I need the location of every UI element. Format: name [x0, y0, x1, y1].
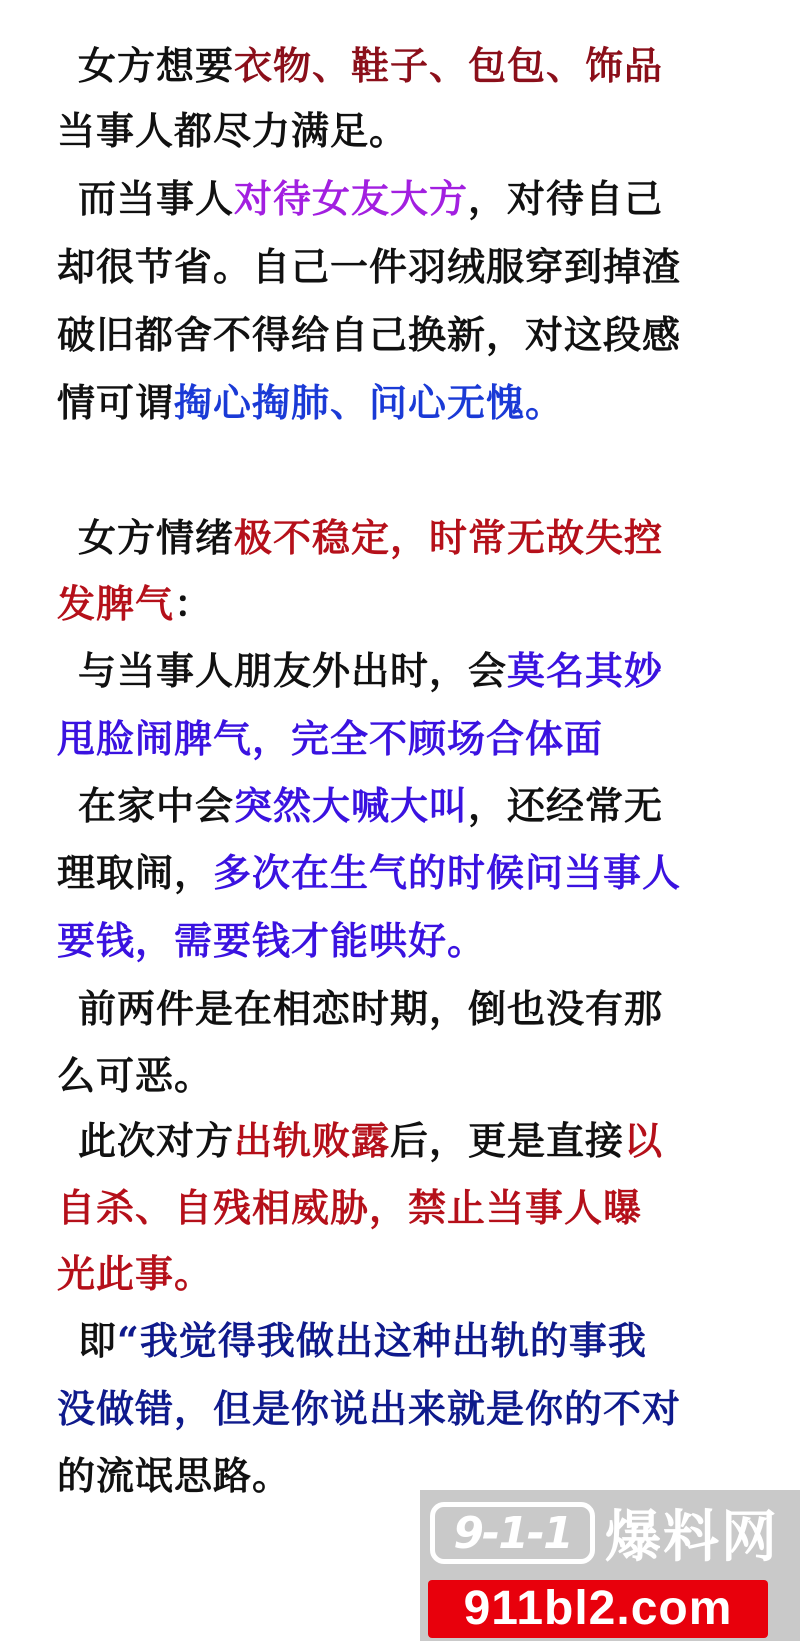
- text-line: 在家中会突然大喊大叫，还经常无: [78, 776, 663, 836]
- text-line: 发脾气：: [57, 574, 213, 634]
- text-segment: 即: [78, 1318, 117, 1363]
- highlighted-text-segment: “我觉得我做出这种出轨的事我: [117, 1318, 647, 1363]
- text-segment: 女方情绪: [78, 515, 234, 560]
- highlighted-text-segment: 对待女友大方: [234, 176, 468, 221]
- text-line: 而当事人对待女友大方，对待自己: [78, 169, 663, 229]
- text-line: 没做错，但是你说出来就是你的不对: [57, 1379, 681, 1439]
- text-line: 情可谓掏心掏肺、问心无愧。: [57, 373, 564, 433]
- highlighted-text-segment: 自杀、自残相威胁，禁止当事人曝: [57, 1185, 642, 1230]
- highlighted-text-segment: 发脾气: [57, 581, 174, 626]
- text-line: 与当事人朋友外出时，会莫名其妙: [78, 641, 663, 701]
- highlighted-text-segment: 以: [624, 1118, 663, 1163]
- text-segment: 在家中会: [78, 783, 234, 828]
- text-line: 女方想要衣物、鞋子、包包、饰品: [78, 36, 663, 96]
- watermark-logo: 9-1-1 爆料网: [430, 1498, 790, 1568]
- watermark-site-name: 爆料网: [605, 1493, 779, 1573]
- text-line: 要钱，需要钱才能哄好。: [57, 911, 486, 971]
- text-line: 当事人都尽力满足。: [57, 101, 408, 161]
- text-line: 甩脸闹脾气，完全不顾场合体面: [57, 709, 603, 769]
- watermark-url: 911bl2.com: [428, 1580, 768, 1638]
- highlighted-text-segment: 衣物、鞋子、包包、饰品: [234, 43, 663, 88]
- highlighted-text-segment: 出轨败露: [234, 1118, 390, 1163]
- text-segment: 破旧都舍不得给自己换新，对这段感: [57, 312, 681, 357]
- highlighted-text-segment: 突然大喊大叫: [234, 783, 468, 828]
- text-line: 自杀、自残相威胁，禁止当事人曝: [57, 1178, 642, 1238]
- text-segment: ，对待自己: [468, 176, 663, 221]
- text-segment: 当事人都尽力满足。: [57, 108, 408, 153]
- document-body: 女方想要衣物、鞋子、包包、饰品当事人都尽力满足。而当事人对待女友大方，对待自己却…: [0, 0, 800, 1641]
- text-segment: 情可谓: [57, 380, 174, 425]
- text-segment: 与当事人朋友外出时，会: [78, 648, 507, 693]
- text-line: 此次对方出轨败露后，更是直接以: [78, 1111, 663, 1171]
- text-line: 理取闹，多次在生气的时候问当事人: [57, 843, 681, 903]
- text-segment: 理取闹，: [57, 850, 213, 895]
- text-segment: 后，更是直接: [390, 1118, 624, 1163]
- text-segment: 女方想要: [78, 43, 234, 88]
- highlighted-text-segment: 掏心掏肺、问心无愧。: [174, 380, 564, 425]
- highlighted-text-segment: 甩脸闹脾气，完全不顾场合体面: [57, 716, 603, 761]
- text-line: 即“我觉得我做出这种出轨的事我: [78, 1311, 647, 1371]
- text-line: 却很节省。自己一件羽绒服穿到掉渣: [57, 237, 681, 297]
- text-segment: ，还经常无: [468, 783, 663, 828]
- highlighted-text-segment: 多次在生气的时候问当事人: [213, 850, 681, 895]
- text-line: 前两件是在相恋时期，倒也没有那: [78, 979, 663, 1039]
- highlighted-text-segment: 莫名其妙: [507, 648, 663, 693]
- text-line: 破旧都舍不得给自己换新，对这段感: [57, 305, 681, 365]
- highlighted-text-segment: 极不稳定，时常无故失控: [234, 515, 663, 560]
- text-line: 的流氓思路。: [57, 1446, 291, 1506]
- text-line: 光此事。: [57, 1244, 213, 1304]
- text-segment: 前两件是在相恋时期，倒也没有那: [78, 986, 663, 1031]
- highlighted-text-segment: 没做错，但是你说出来就是你的不对: [57, 1386, 681, 1431]
- text-segment: 么可恶。: [57, 1053, 213, 1098]
- text-line: 女方情绪极不稳定，时常无故失控: [78, 508, 663, 568]
- text-segment: 此次对方: [78, 1118, 234, 1163]
- highlighted-text-segment: 要钱，需要钱才能哄好。: [57, 918, 486, 963]
- text-segment: ：: [174, 581, 213, 626]
- watermark-badge: 9-1-1: [430, 1502, 595, 1564]
- highlighted-text-segment: 光此事。: [57, 1251, 213, 1296]
- text-segment: 却很节省。自己一件羽绒服穿到掉渣: [57, 244, 681, 289]
- watermark: 9-1-1 爆料网 911bl2.com: [420, 1490, 800, 1641]
- text-segment: 的流氓思路。: [57, 1453, 291, 1498]
- text-line: 么可恶。: [57, 1046, 213, 1106]
- text-segment: 而当事人: [78, 176, 234, 221]
